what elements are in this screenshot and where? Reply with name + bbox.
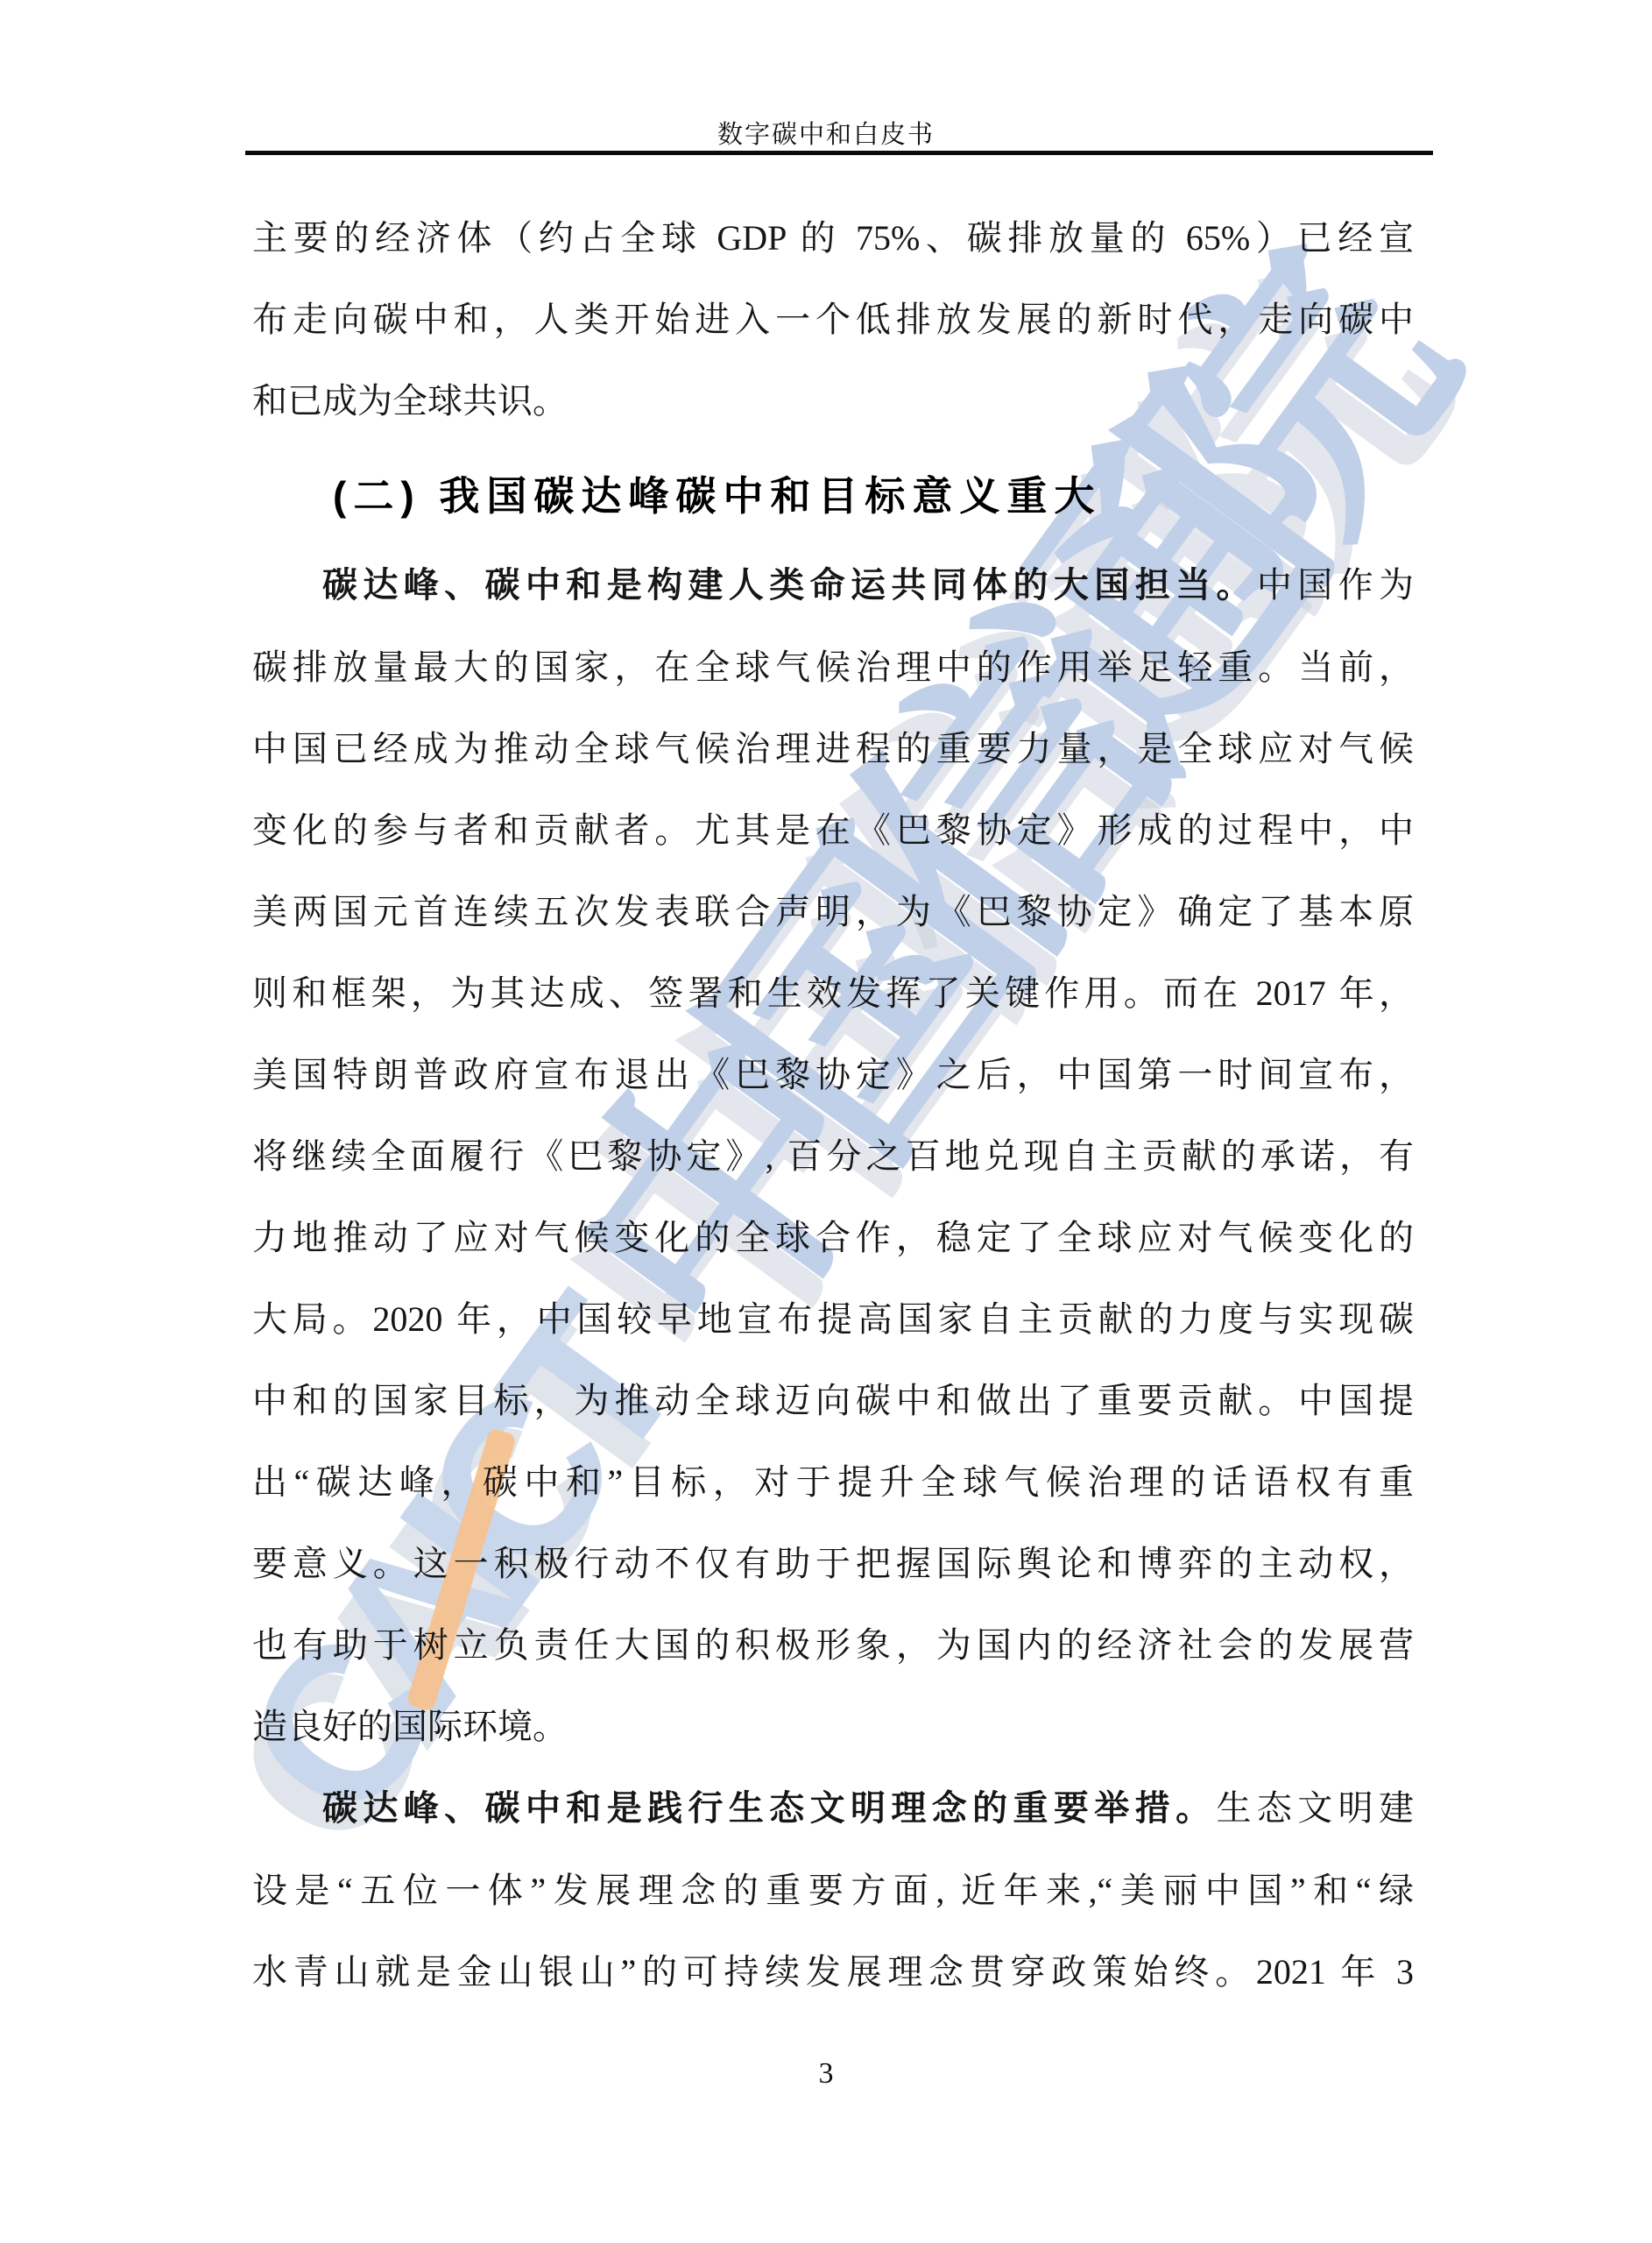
bold-lead-sentence: 碳达峰、碳中和是践行生态文明理念的重要举措。 <box>322 1789 1216 1828</box>
paragraph-line: 碳达峰、碳中和是践行生态文明理念的重要举措。生态文明建 <box>252 1767 1414 1850</box>
paragraph: 碳达峰、碳中和是践行生态文明理念的重要举措。生态文明建设是“五位一体”发展理念的… <box>252 1767 1414 2013</box>
document-page: CAICT 中国信通院 数字碳中和白皮书 主要的经济体（约占全球 GDP 的 7… <box>0 0 1652 2243</box>
paragraph-line: 中国已经成为推动全球气候治理进程的重要力量，是全球应对气候 <box>252 708 1414 789</box>
paragraph-line: 主要的经济体（约占全球 GDP 的 75%、碳排放量的 65%）已经宣 <box>252 197 1414 279</box>
paragraph-line: 碳排放量最大的国家，在全球气候治理中的作用举足轻重。当前， <box>252 626 1414 708</box>
bold-lead-sentence: 碳达峰、碳中和是构建人类命运共同体的大国担当。 <box>322 566 1257 605</box>
paragraph-line: 布走向碳中和，人类开始进入一个低排放发展的新时代，走向碳中 <box>252 279 1414 360</box>
paragraph-line: 变化的参与者和贡献者。尤其是在《巴黎协定》形成的过程中，中 <box>252 789 1414 871</box>
paragraph-line: 也有助于树立负责任大国的积极形象，为国内的经济社会的发展营 <box>252 1604 1414 1686</box>
section-heading: (二) 我国碳达峰碳中和目标意义重大 <box>252 456 1414 537</box>
paragraph-line: 将继续全面履行《巴黎协定》, 百分之百地兑现自主贡献的承诺，有 <box>252 1115 1414 1197</box>
paragraph-line: 出“碳达峰，碳中和”目标，对于提升全球气候治理的话语权有重 <box>252 1441 1414 1523</box>
paragraph-line: 碳达峰、碳中和是构建人类命运共同体的大国担当。中国作为 <box>252 544 1414 626</box>
paragraph-line: 美国特朗普政府宣布退出《巴黎协定》之后，中国第一时间宣布， <box>252 1034 1414 1115</box>
paragraph-line: 水青山就是金山银山”的可持续发展理念贯穿政策始终。2021 年 3 <box>252 1931 1414 2013</box>
paragraph-line: 造良好的国际环境。 <box>252 1686 1414 1767</box>
document-body: 主要的经济体（约占全球 GDP 的 75%、碳排放量的 65%）已经宣布走向碳中… <box>252 197 1414 2013</box>
paragraph: 主要的经济体（约占全球 GDP 的 75%、碳排放量的 65%）已经宣布走向碳中… <box>252 197 1414 442</box>
paragraph-line: 中和的国家目标，为推动全球迈向碳中和做出了重要贡献。中国提 <box>252 1360 1414 1441</box>
paragraph-line: 美两国元首连续五次发表联合声明，为《巴黎协定》确定了基本原 <box>252 871 1414 952</box>
page-number: 3 <box>0 2057 1652 2091</box>
paragraph-line: 和已成为全球共识。 <box>252 360 1414 442</box>
paragraph-line: 要意义。这一积极行动不仅有助于把握国际舆论和博弈的主动权， <box>252 1523 1414 1604</box>
page-header-title: 数字碳中和白皮书 <box>0 115 1652 151</box>
paragraph-line: 设是“五位一体”发展理念的重要方面, 近年来,“美丽中国”和“绿 <box>252 1850 1414 1931</box>
paragraph-line: 大局。2020 年，中国较早地宣布提高国家自主贡献的力度与实现碳 <box>252 1278 1414 1360</box>
header-rule <box>245 151 1433 155</box>
paragraph: 碳达峰、碳中和是构建人类命运共同体的大国担当。中国作为碳排放量最大的国家，在全球… <box>252 544 1414 1767</box>
paragraph-line: 则和框架，为其达成、签署和生效发挥了关键作用。而在 2017 年， <box>252 952 1414 1034</box>
paragraph-line: 力地推动了应对气候变化的全球合作，稳定了全球应对气候变化的 <box>252 1197 1414 1278</box>
